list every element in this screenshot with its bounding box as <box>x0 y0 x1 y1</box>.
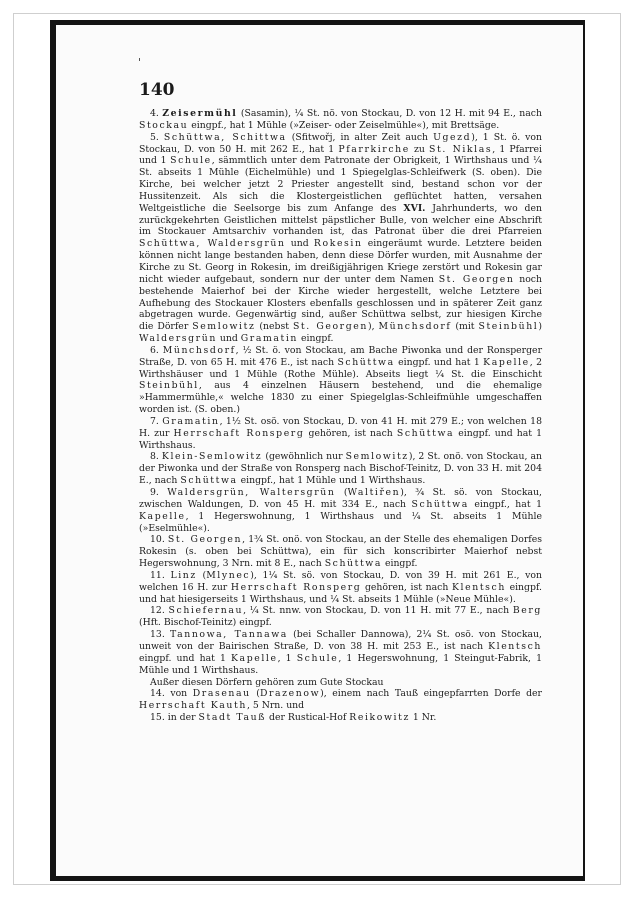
page-number: 140 <box>139 80 175 100</box>
text-run: 11. <box>150 570 170 581</box>
scan-speck <box>139 58 140 61</box>
emphasized-text: Schüttwa <box>397 428 454 439</box>
text-run: 12. <box>150 605 169 616</box>
text-run: eingpf., hat 1 Mühle und 1 Wirthshaus. <box>238 475 426 486</box>
text-run: ) <box>538 321 542 332</box>
emphasized-text: Herrschaft Ronsperg <box>231 582 361 593</box>
emphasized-text: Mlynec <box>206 570 250 581</box>
text-run: ), einem nach Tauß eingepfarrten Dorfe d… <box>320 688 542 699</box>
emphasized-text: XVI. <box>403 203 425 214</box>
emphasized-text: Gramatin <box>162 416 219 427</box>
text-run: eingpf., hat 1 Mühle (»Zeiser- oder Zeis… <box>188 120 499 131</box>
emphasized-text: Klentsch <box>452 582 506 593</box>
text-run: (Hft. Bischof-Teinitz) eingpf. <box>139 617 272 628</box>
emphasized-text: Semlowitz <box>192 321 255 332</box>
text-run: 9. <box>150 487 167 498</box>
text-run: eingpf. <box>298 333 333 344</box>
text-run: (Sasamin), ¼ St. nö. von Stockau, D. von… <box>237 108 542 119</box>
paragraph-p12: 12. Schiefernau, ¼ St. nnw. von Stockau,… <box>139 605 542 629</box>
emphasized-text: Klentsch <box>488 641 542 652</box>
text-run: ( <box>251 688 260 699</box>
paragraph-p15: 15. in der Stadt Tauß der Rustical-Hof R… <box>139 712 542 724</box>
text-run: (nebst <box>255 321 292 332</box>
text-run: ( <box>197 570 206 581</box>
emphasized-text: Herrschaft Ronsperg <box>174 428 305 439</box>
emphasized-text: Münchsdorf <box>163 345 236 356</box>
paragraph-p13: 13. Tannowa, Tannawa (bei Schaller Danno… <box>139 629 542 676</box>
emphasized-text: Waldersgrün, Waltersgrün <box>167 487 335 498</box>
text-run: (Sfitwořj, in alter Zeit auch <box>287 132 433 143</box>
paragraph-p4: 4. Zeisermühl (Sasamin), ¼ St. nö. von S… <box>139 108 542 132</box>
emphasized-text: Schüttwa <box>337 357 394 368</box>
text-run: 14. von <box>150 688 193 699</box>
emphasized-text: St. Georgen <box>439 274 515 285</box>
emphasized-text: Schule <box>297 653 339 664</box>
text-run: , 1 Hegerswohnung, 1 Wirthshaus und ¼ St… <box>139 511 542 534</box>
paragraph-p10: 10. St. Georgen, 1¾ St. onö. von Stockau… <box>139 534 542 570</box>
emphasized-text: Linz <box>170 570 196 581</box>
emphasized-text: Waltiřen <box>348 487 401 498</box>
emphasized-text: Stockau <box>139 120 188 131</box>
text-run: (mit <box>451 321 478 332</box>
emphasized-text: Klein-Semlowitz <box>162 451 262 462</box>
paragraph-p14: 14. von Drasenau (Drazenow), einem nach … <box>139 688 542 712</box>
text-run: 5. <box>150 132 164 143</box>
text-run: ( <box>335 487 347 498</box>
text-run: der Rustical-Hof <box>266 712 349 723</box>
text-run: 1 Nr. <box>410 712 436 723</box>
emphasized-text: Steinbühl <box>478 321 538 332</box>
text-run: eingpf. <box>382 558 417 569</box>
emphasized-text: St. Georgen <box>293 321 368 332</box>
emphasized-text: Drasenau <box>193 688 251 699</box>
paragraph-p5: 5. Schüttwa, Schittwa (Sfitwořj, in alte… <box>139 132 542 345</box>
emphasized-text: Herrschaft Kauth <box>139 700 247 711</box>
text-run: , ¼ St. nnw. von Stockau, D. von 11 H. m… <box>243 605 513 616</box>
emphasized-text: Steinbühl <box>139 380 199 391</box>
text-run: ), <box>368 321 379 332</box>
text-run: und <box>286 238 314 249</box>
emphasized-text: Rokesin <box>314 238 363 249</box>
paragraph-p7: 7. Gramatin, 1½ St. osö. von Stockau, D.… <box>139 416 542 452</box>
text-run: , aus 4 einzelnen Häusern bestehend, und… <box>139 380 542 415</box>
text-run: gehören, ist nach <box>304 428 396 439</box>
text-run: Außer diesen Dörfern gehören zum Gute St… <box>150 677 384 688</box>
text-run: 4. <box>150 108 162 119</box>
paragraph-p11: 11. Linz (Mlynec), 1¼ St. sö. von Stocka… <box>139 570 542 606</box>
text-run: gehören, ist nach <box>361 582 452 593</box>
paragraph-p6: 6. Münchsdorf, ½ St. ö. von Stockau, am … <box>139 345 542 416</box>
emphasized-text: Reikowitz <box>349 712 410 723</box>
emphasized-text: Berg <box>513 605 542 616</box>
emphasized-text: Drazenow <box>260 688 320 699</box>
emphasized-text: Gramatin <box>241 333 298 344</box>
text-run: 8. <box>150 451 162 462</box>
paragraph-p-intro: Außer diesen Dörfern gehören zum Gute St… <box>139 677 542 689</box>
emphasized-text: St. Georgen <box>168 534 242 545</box>
emphasized-text: Waldersgrün <box>139 333 217 344</box>
text-run: 15. in der <box>150 712 199 723</box>
emphasized-text: Schule <box>170 155 212 166</box>
emphasized-text: Kapelle <box>231 653 278 664</box>
emphasized-text: Semlowitz <box>346 451 409 462</box>
paragraph-p8: 8. Klein-Semlowitz (gewöhnlich nur Semlo… <box>139 451 542 487</box>
text-run: 13. <box>150 629 170 640</box>
text-run: 7. <box>150 416 162 427</box>
text-run: eingpf. und hat 1 <box>139 653 231 664</box>
emphasized-text: Kapelle <box>139 511 186 522</box>
text-run: 6. <box>150 345 163 356</box>
emphasized-text: Kapelle <box>483 357 530 368</box>
text-run: (gewöhnlich nur <box>262 451 345 462</box>
text-run: eingpf. und hat 1 <box>395 357 483 368</box>
emphasized-text: Schiefernau <box>169 605 244 616</box>
text-run: eingpf., hat 1 <box>469 499 542 510</box>
text-run: zu <box>410 144 429 155</box>
text-run: , 1 <box>278 653 297 664</box>
emphasized-text: St. Niklas <box>429 144 492 155</box>
page-body-text: 4. Zeisermühl (Sasamin), ¼ St. nö. von S… <box>139 108 542 724</box>
emphasized-text: Schüttwa <box>412 499 469 510</box>
emphasized-text: Tannowa, Tannawa <box>170 629 288 640</box>
emphasized-text: Schüttwa <box>325 558 382 569</box>
emphasized-text: Pfarrkirche <box>338 144 409 155</box>
text-run: 10. <box>150 534 168 545</box>
text-run: , 5 Nrn. und <box>247 700 304 711</box>
paragraph-p9: 9. Waldersgrün, Waltersgrün (Waltiřen), … <box>139 487 542 534</box>
emphasized-text: Schüttwa <box>180 475 237 486</box>
emphasized-text: Zeisermühl <box>162 108 237 119</box>
text-run: und <box>217 333 241 344</box>
emphasized-text: Schüttwa, Waldersgrün <box>139 238 286 249</box>
emphasized-text: Münchsdorf <box>379 321 452 332</box>
emphasized-text: Schüttwa, Schittwa <box>164 132 287 143</box>
emphasized-text: Stadt Tauß <box>199 712 267 723</box>
emphasized-text: Ugezd <box>433 132 471 143</box>
